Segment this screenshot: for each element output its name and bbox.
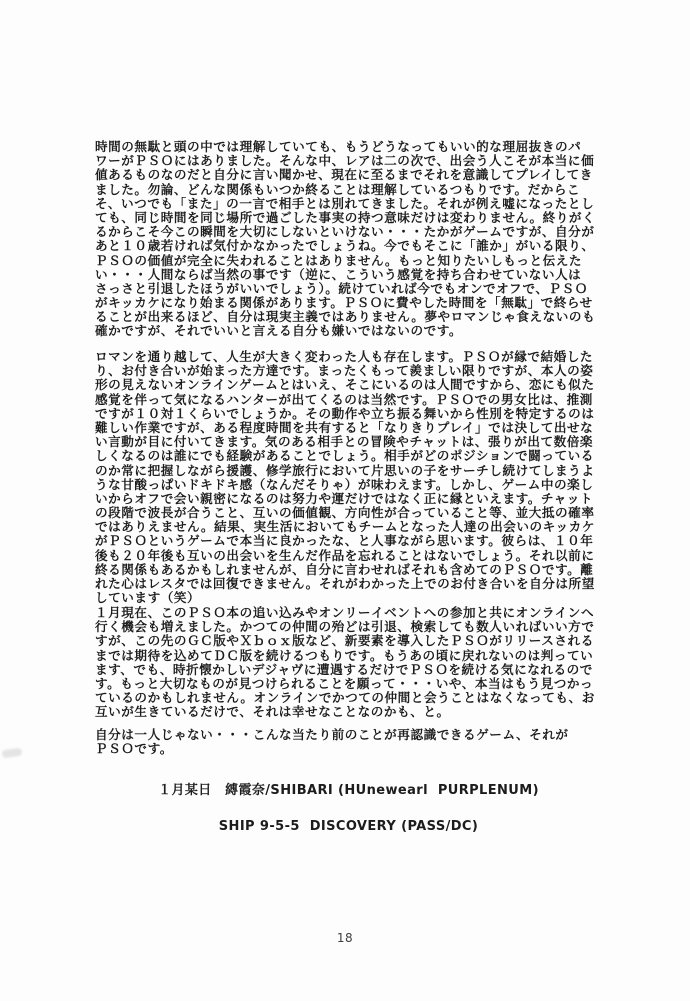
text-line: いからオフで会い親密になるのは努力や運だけではなく正に縁といえます。チャット	[95, 492, 602, 506]
text-line: 確かですが、それでいいと言える自分も嫌いではないのです。	[95, 324, 602, 338]
text-line: 互いが生きているだけで、それは幸せなことなのかも、と。	[95, 705, 602, 719]
text-line: ているのかもしれません。オンラインでかつての仲間と会うことはなくなっても、お	[95, 691, 602, 705]
text-line: 行く機会も増えました。かつての仲間の殆どは引退、検索しても数人いればいい方で	[95, 620, 602, 634]
text-line: 後も２０年後も互いの出会いを生んだ作品を忘れることはないでしょう。それ以前に	[95, 549, 602, 563]
paragraph-1: 時間の無駄と頭の中では理解していても、もうどうなってもいい的な理屈抜きのパワーが…	[95, 140, 602, 339]
text-line: ました。勿論、どんな関係もいつか終ることは理解しているつもりです。だからこ	[95, 183, 602, 197]
text-line: 値あるものなのだと自分に言い聞かせ、現在に至るまでそれを意識してプレイしてき	[95, 168, 602, 182]
text-line: ることが出来るほど、自分は現実主義ではありません。夢やロマンじゃ食えないのも	[95, 310, 602, 324]
text-line: 感覚を伴って気になるハンターが出てくるのは当然です。ＰＳＯでの男女比は、推測	[95, 393, 602, 407]
text-line: そ、いつでも「また」の一言で相手とは別れてきました。それが例え嘘になったとし	[95, 197, 602, 211]
text-line: 形の見えないオンラインゲームとはいえ、そこにいるのは人間ですから、恋にも似た	[95, 378, 602, 392]
text-line: しくなるのは誰にでも経験があることでしょう。相手がどのポジションで闘っている	[95, 449, 602, 463]
text-line: までは期待を込めてＤＣ版を続けるつもりです。もうあの頃に戻れないのは判ってい	[95, 649, 602, 663]
text-line: ですが１０対１くらいでしょうか。その動作や立ち振る舞いから性別を特定するのは	[95, 407, 602, 421]
text-line: 終る関係もあるかもしれませんが、自分に言わせればそれも含めてのＰＳＯです。離	[95, 563, 602, 577]
page-number: 18	[0, 931, 690, 945]
text-line: あと１０歳若ければ気付かなかったでしょうね。今でもそこに「誰か」がいる限り、	[95, 239, 602, 253]
text-line: ても、同じ時間を同じ場所で過ごした事実の持つ意味だけは変わりません。終りがく	[95, 211, 602, 225]
text-line: しています（笑）	[95, 591, 602, 605]
text-line: さっさと引退したほうがいいでしょう）。続けていれば今でもオンでオフで、ＰＳＯ	[95, 282, 602, 296]
text-line: のか常に把握しながら援護、修学旅行において片思いの子をサーチし続けてしまうよ	[95, 464, 602, 478]
text-line: がキッカケになり始まる関係があります。ＰＳＯに費やした時間を「無駄」で終らせ	[95, 296, 602, 310]
text-line: ロマンを通り越して、人生が大きく変わった人も存在します。ＰＳＯが縁で結婚した	[95, 350, 602, 364]
paragraph-4: 自分は一人じゃない・・・こんな当たり前のことが再認識できるゲーム、それがＰＳＯで…	[95, 728, 602, 756]
text-line: 時間の無駄と頭の中では理解していても、もうどうなってもいい的な理屈抜きのパ	[95, 140, 602, 154]
text-line: の段階で波長が合うこと、互いの価値観、方向性が合っていること等、並大抵の確率	[95, 506, 602, 520]
text-line: い・・・人間ならば当然の事です（逆に、こういう感覚を持ち合わせていない人は	[95, 268, 602, 282]
text-line: うな甘酸っぱいドキドキ感（なんだそりゃ）が味わえます。しかし、ゲーム中の楽し	[95, 478, 602, 492]
text-line: １月現在、このＰＳＯ本の追い込みやオンリーイベントへの参加と共にオンラインへ	[95, 606, 602, 620]
text-line: るからこそ今この瞬間を大切にしないといけない・・・たかがゲームですが、自分が	[95, 225, 602, 239]
text-line: り、お付き合いが始まった方達です。まったくもって羨ましい限りですが、本人の姿	[95, 364, 602, 378]
text-line: ではありえません。結果、実生活においてもチームとなった人達の出会いのキッカケ	[95, 520, 602, 534]
text-line: ＰＳＯの価値が完全に失われることはありません。もっと知りたいしもっと伝えた	[95, 254, 602, 268]
text-line: れた心はレスタでは回復できません。それがわかった上でのお付き合いを自分は所望	[95, 577, 602, 591]
text-line: す。もっと大切なものが見つけられることを願って・・・いや、本当はもう見つかっ	[95, 677, 602, 691]
paragraph-2: ロマンを通り越して、人生が大きく変わった人も存在します。ＰＳＯが縁で結婚したり、…	[95, 350, 602, 605]
text-line: 難しい作業ですが、ある程度時間を共有すると「なりきりプレイ」では決して出せな	[95, 421, 602, 435]
text-line: がＰＳＯというゲームで本当に良かったな、と人事ながら思います。彼らは、１０年	[95, 534, 602, 548]
text-line: 自分は一人じゃない・・・こんな当たり前のことが再認識できるゲーム、それが	[95, 728, 602, 742]
signature-line: １月某日 縛霞奈/SHIBARI (HUnewearl PURPLENUM)	[95, 779, 602, 798]
ship-line: SHIP 9-5-5 DISCOVERY (PASS/DC)	[95, 819, 602, 834]
text-line: すが、この先のＧＣ版やＸｂｏｘ版など、新要素を導入したＰＳＯがリリースされる	[95, 634, 602, 648]
text-line: ワーがＰＳＯにはありました。そんな中、レアは二の次で、出会う人こそが本当に価	[95, 154, 602, 168]
scan-artifact	[2, 748, 23, 759]
text-line: ます、でも、時折懐かしいデジャヴに遭遇するだけでＰＳＯを続ける気になれるので	[95, 663, 602, 677]
scanned-page: 時間の無駄と頭の中では理解していても、もうどうなってもいい的な理屈抜きのパワーが…	[0, 0, 690, 1001]
text-line: い言動が目に付いてきます。気のある相手との冒険やチャットは、張りが出て数倍楽	[95, 435, 602, 449]
paragraph-3: １月現在、このＰＳＯ本の追い込みやオンリーイベントへの参加と共にオンラインへ行く…	[95, 606, 602, 720]
text-line: ＰＳＯです。	[95, 742, 602, 756]
